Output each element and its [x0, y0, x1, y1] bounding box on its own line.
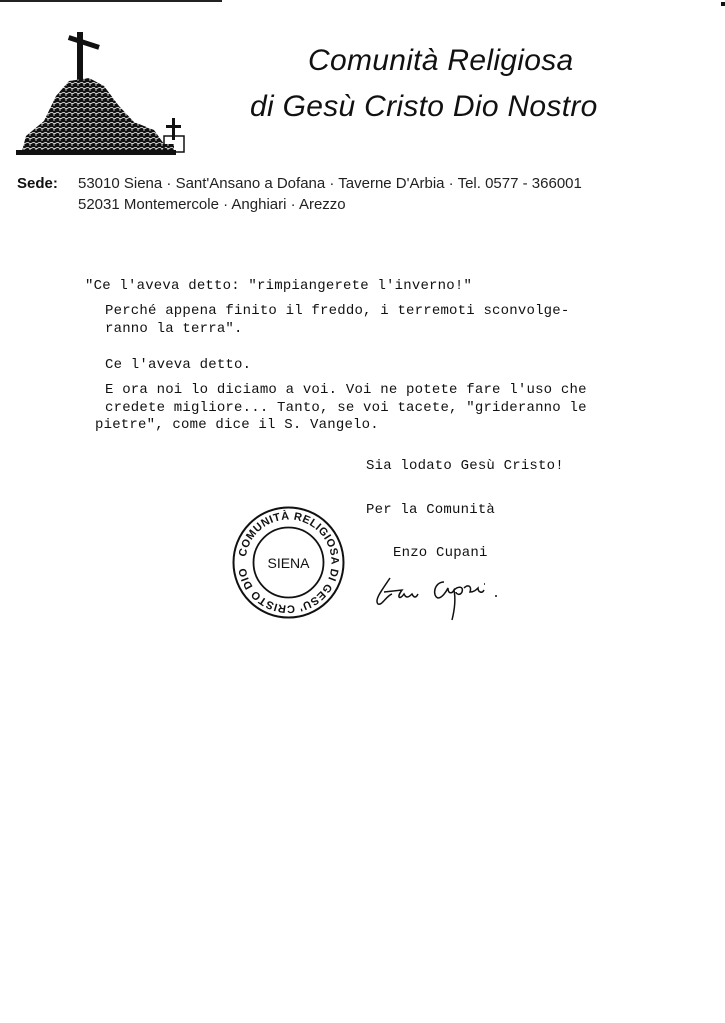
seal-center-text: SIENA — [267, 555, 310, 571]
body-line: pietre", come dice il S. Vangelo. — [95, 417, 379, 433]
for-community-line: Per la Comunità — [366, 502, 495, 518]
community-seal-stamp: COMUNITÀ RELIGIOSA DI GESU' CRISTO DIO N… — [231, 505, 346, 620]
body-line: credete migliore... Tanto, se voi tacete… — [105, 400, 587, 416]
handwritten-signature-icon — [372, 572, 502, 622]
signer-name: Enzo Cupani — [393, 545, 488, 561]
address-line-2: 52031 Montemercole · Anghiari · Arezzo — [78, 196, 346, 213]
body-line: "Ce l'aveva detto: "rimpiangerete l'inve… — [85, 278, 472, 294]
organization-title-line2: di Gesù Cristo Dio Nostro — [250, 90, 598, 124]
sede-label: Sede: — [17, 175, 58, 192]
body-line: Ce l'aveva detto. — [105, 357, 251, 373]
cross-on-hill-icon — [14, 26, 194, 158]
salutation: Sia lodato Gesù Cristo! — [366, 458, 564, 474]
body-line: ranno la terra". — [105, 321, 243, 337]
organization-title-line1: Comunità Religiosa — [308, 44, 574, 78]
body-line: Perché appena finito il freddo, i terrem… — [105, 303, 569, 319]
address-line-1: 53010 Siena · Sant'Ansano a Dofana · Tav… — [78, 175, 582, 192]
body-line: E ora noi lo diciamo a voi. Voi ne potet… — [105, 382, 587, 398]
corner-mark — [721, 2, 725, 6]
top-edge-bar — [0, 0, 222, 2]
